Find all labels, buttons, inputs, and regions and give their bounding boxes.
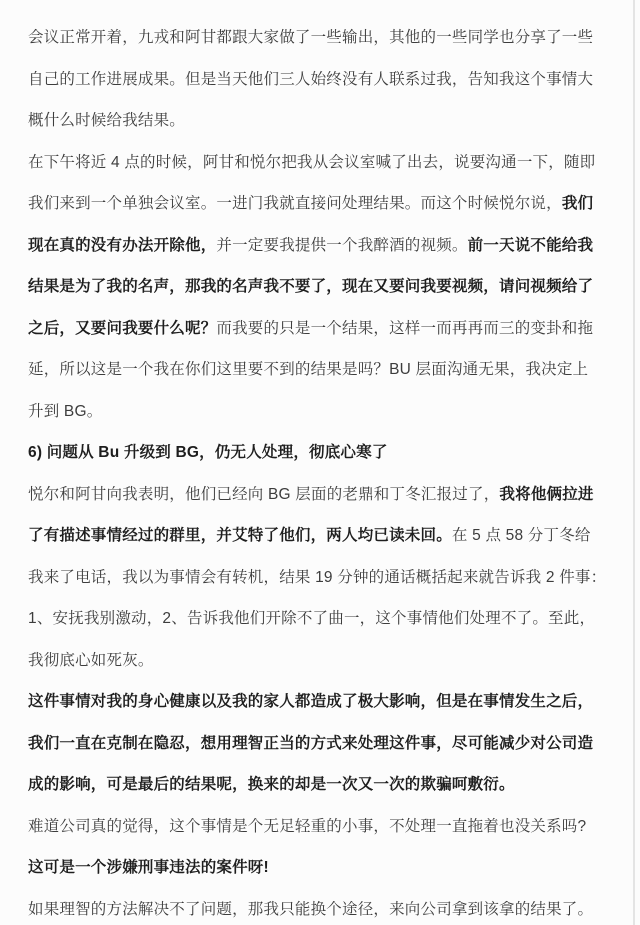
emphasis-text: 成的影响，可是最后的结果呢，换来的却是一次又一次的欺骗呵敷衍。	[28, 776, 515, 793]
body-text: 而我要的只是一个结果，这样一而再再而三的变卦和拖	[216, 320, 593, 337]
body-text: 难道公司真的觉得，这个事情是个无足轻重的小事，不处理一直拖着也没关系吗?	[28, 818, 586, 835]
paragraph: 悦尔和阿甘向我表明，他们已经向 BG 层面的老鼎和丁冬汇报过了，我将他俩拉进了有…	[28, 474, 614, 682]
text-line: 了有描述事情经过的群里，并艾特了他们，两人均已读未回。在 5 点 58 分丁冬给	[28, 515, 614, 557]
text-line: 我彻底心如死灰。	[28, 640, 614, 682]
paragraph: 如果理智的方法解决不了问题，那我只能换个途径，来向公司拿到该拿的结果了。	[28, 889, 614, 925]
paragraph: 会议正常开着，九戎和阿甘都跟大家做了一些输出，其他的一些同学也分享了一些自己的工…	[28, 17, 614, 142]
text-line: 这可是一个涉嫌刑事违法的案件呀!	[28, 847, 614, 889]
emphasis-text: 我们	[562, 195, 593, 212]
emphasis-text: 这可是一个涉嫌刑事违法的案件呀!	[28, 859, 269, 876]
text-line: 悦尔和阿甘向我表明，他们已经向 BG 层面的老鼎和丁冬汇报过了，我将他俩拉进	[28, 474, 614, 516]
emphasis-text: 这件事情对我的身心健康以及我的家人都造成了极大影响，但是在事情发生之后，	[28, 693, 593, 710]
text-line: 6) 问题从 Bu 升级到 BG，仍无人处理，彻底心寒了	[28, 432, 614, 474]
text-line: 概什么时候给我结果。	[28, 100, 614, 142]
text-line: 如果理智的方法解决不了问题，那我只能换个途径，来向公司拿到该拿的结果了。	[28, 889, 614, 925]
text-line: 我们一直在克制在隐忍，想用理智正当的方式来处理这件事，尽可能减少对公司造	[28, 723, 614, 765]
body-text: 概什么时候给我结果。	[28, 112, 185, 129]
body-text: 我来了电话，我以为事情会有转机，结果 19 分钟的通话概括起来就告诉我 2 件事…	[28, 569, 606, 586]
paragraph: 这件事情对我的身心健康以及我的家人都造成了极大影响，但是在事情发生之后，我们一直…	[28, 681, 614, 806]
body-text: 自己的工作进展成果。但是当天他们三人始终没有人联系过我，告知我这个事情大	[28, 71, 593, 88]
text-line: 会议正常开着，九戎和阿甘都跟大家做了一些输出，其他的一些同学也分享了一些	[28, 17, 614, 59]
text-line: 延，所以这是一个我在你们这里要不到的结果是吗？BU 层面沟通无果，我决定上	[28, 349, 614, 391]
body-text: 升到 BG。	[28, 403, 102, 420]
emphasis-text: 结果是为了我的名声，那我的名声我不要了，现在又要问我要视频，请问视频给了	[28, 278, 593, 295]
body-text: 悦尔和阿甘向我表明，他们已经向 BG 层面的老鼎和丁冬汇报过了，	[28, 486, 499, 503]
paragraph: 难道公司真的觉得，这个事情是个无足轻重的小事，不处理一直拖着也没关系吗?	[28, 806, 614, 848]
page-edge-divider	[633, 0, 635, 925]
emphasis-text: 前一天说不能给我	[468, 237, 594, 254]
emphasis-text: 我们一直在克制在隐忍，想用理智正当的方式来处理这件事，尽可能减少对公司造	[28, 735, 593, 752]
emphasis-text: 了有描述事情经过的群里，并艾特了他们，两人均已读未回。	[28, 527, 452, 544]
body-text: 如果理智的方法解决不了问题，那我只能换个途径，来向公司拿到该拿的结果了。	[28, 901, 593, 918]
text-line: 在下午将近 4 点的时候，阿甘和悦尔把我从会议室喊了出去，说要沟通一下，随即	[28, 142, 614, 184]
body-text: 会议正常开着，九戎和阿甘都跟大家做了一些输出，其他的一些同学也分享了一些	[28, 29, 593, 46]
emphasis-text: 之后，又要问我要什么呢？	[28, 320, 216, 337]
paragraph: 在下午将近 4 点的时候，阿甘和悦尔把我从会议室喊了出去，说要沟通一下，随即我们…	[28, 142, 614, 433]
document-body: 会议正常开着，九戎和阿甘都跟大家做了一些输出，其他的一些同学也分享了一些自己的工…	[0, 0, 640, 925]
text-line: 之后，又要问我要什么呢？而我要的只是一个结果，这样一而再再而三的变卦和拖	[28, 308, 614, 350]
emphasis-text: 6) 问题从 Bu 升级到 BG，仍无人处理，彻底心寒了	[28, 444, 388, 461]
text-line: 自己的工作进展成果。但是当天他们三人始终没有人联系过我，告知我这个事情大	[28, 59, 614, 101]
text-line: 1、安抚我别激动，2、告诉我他们开除不了曲一，这个事情他们处理不了。至此，	[28, 598, 614, 640]
body-text: 我们来到一个单独会议室。一进门我就直接问处理结果。而这个时候悦尔说，	[28, 195, 562, 212]
body-text: 我彻底心如死灰。	[28, 652, 154, 669]
emphasis-text: 现在真的没有办法开除他，	[28, 237, 216, 254]
document-page: 会议正常开着，九戎和阿甘都跟大家做了一些输出，其他的一些同学也分享了一些自己的工…	[0, 0, 640, 925]
text-line: 结果是为了我的名声，那我的名声我不要了，现在又要问我要视频，请问视频给了	[28, 266, 614, 308]
text-line: 升到 BG。	[28, 391, 614, 433]
paragraph: 这可是一个涉嫌刑事违法的案件呀!	[28, 847, 614, 889]
body-text: 在下午将近 4 点的时候，阿甘和悦尔把我从会议室喊了出去，说要沟通一下，随即	[28, 154, 595, 171]
body-text: 延，所以这是一个我在你们这里要不到的结果是吗？BU 层面沟通无果，我决定上	[28, 361, 588, 378]
text-line: 难道公司真的觉得，这个事情是个无足轻重的小事，不处理一直拖着也没关系吗?	[28, 806, 614, 848]
text-line: 这件事情对我的身心健康以及我的家人都造成了极大影响，但是在事情发生之后，	[28, 681, 614, 723]
body-text: 并一定要我提供一个我醉酒的视频。	[216, 237, 467, 254]
body-text: 1、安抚我别激动，2、告诉我他们开除不了曲一，这个事情他们处理不了。至此，	[28, 610, 595, 627]
section-heading: 6) 问题从 Bu 升级到 BG，仍无人处理，彻底心寒了	[28, 432, 614, 474]
text-line: 我来了电话，我以为事情会有转机，结果 19 分钟的通话概括起来就告诉我 2 件事…	[28, 557, 614, 599]
text-line: 成的影响，可是最后的结果呢，换来的却是一次又一次的欺骗呵敷衍。	[28, 764, 614, 806]
text-line: 我们来到一个单独会议室。一进门我就直接问处理结果。而这个时候悦尔说，我们	[28, 183, 614, 225]
emphasis-text: 我将他俩拉进	[499, 486, 593, 503]
body-text: 在 5 点 58 分丁冬给	[452, 527, 591, 544]
text-line: 现在真的没有办法开除他，并一定要我提供一个我醉酒的视频。前一天说不能给我	[28, 225, 614, 267]
